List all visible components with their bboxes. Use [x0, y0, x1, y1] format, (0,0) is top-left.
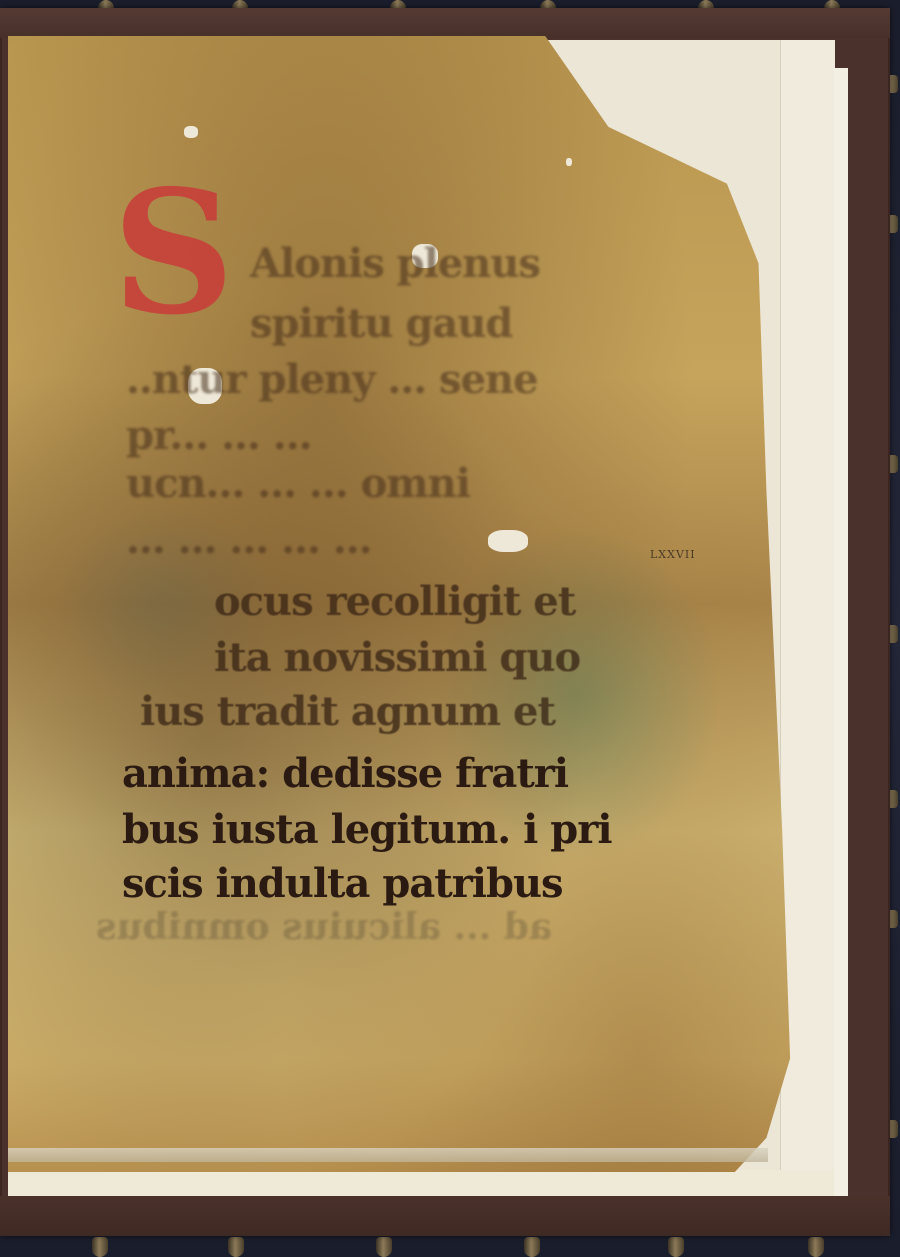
vellum-hole — [184, 126, 198, 138]
binding-top-edge — [0, 8, 890, 38]
text-line: ius tradit agnum et — [140, 688, 555, 735]
text-line: ..ntur pleny ... sene — [126, 356, 538, 403]
vellum-hole — [566, 158, 572, 166]
text-line: spiritu gaud — [250, 300, 512, 347]
mount-peg — [524, 1237, 540, 1257]
mount-peg — [668, 1237, 684, 1257]
decorated-initial: S — [112, 168, 235, 338]
vellum-hole — [488, 530, 528, 552]
text-line: ucn... ... ... omni — [126, 460, 470, 507]
text-line: ita novissimi quo — [214, 634, 580, 681]
text-line: pr... ... ... — [126, 412, 312, 459]
text-line: ocus recolligit et — [214, 578, 575, 625]
mount-peg — [92, 1237, 108, 1257]
vellum-lower-edge — [8, 1148, 768, 1162]
mount-peg — [376, 1237, 392, 1257]
mount-peg — [228, 1237, 244, 1257]
mount-paper-layer — [834, 68, 848, 1196]
text-line: bus iusta legitum. i pri — [122, 806, 612, 853]
binding-bottom-edge — [0, 1196, 890, 1236]
show-through-text: ad ... alicuius omnibus — [96, 906, 552, 948]
mount-peg — [808, 1237, 824, 1257]
text-line: anima: dedisse fratri — [122, 750, 568, 797]
text-line: ... ... ... ... ... — [126, 516, 372, 563]
folio-number: LXXVII — [650, 548, 696, 561]
text-line: scis indulta patribus — [122, 860, 563, 907]
text-line: Alonis plenus — [250, 240, 540, 287]
mount-paper-bottom — [8, 1170, 834, 1196]
